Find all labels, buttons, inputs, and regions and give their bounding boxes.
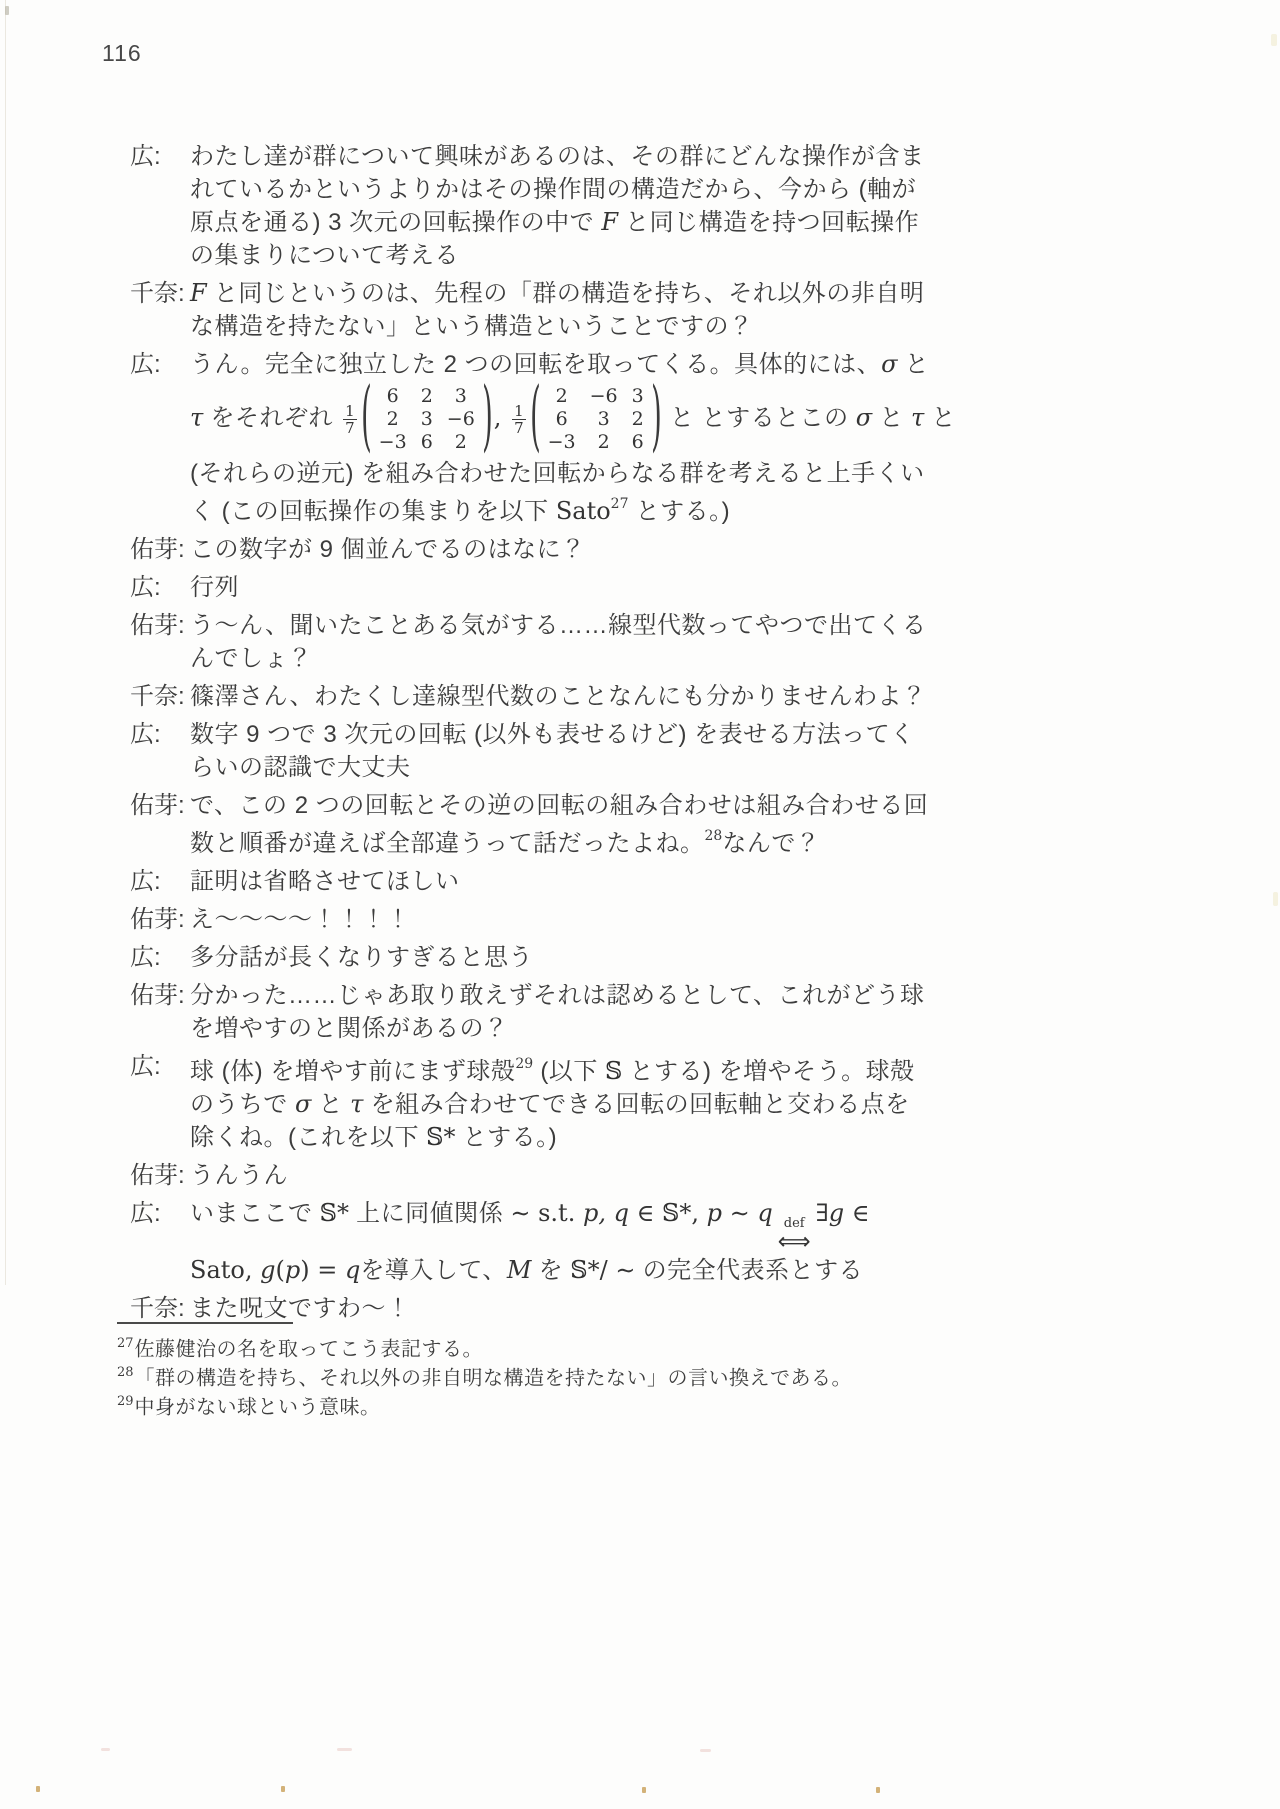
text-run: と同じというのは、先程の「群の構造を持ち、それ以外の非自明 xyxy=(207,280,925,307)
text-run: の集まりについて考える xyxy=(190,242,459,269)
matrix-grid: 62323−6−362 xyxy=(372,385,482,454)
dialogue-line: れているかというよりかはその操作間の構造だから、今から (軸が xyxy=(190,173,1060,206)
footnote-number: 28 xyxy=(117,1365,134,1380)
blackboard-sphere-symbol: 𝕊 xyxy=(426,1123,443,1151)
blackboard-sphere-symbol: 𝕊 xyxy=(662,1199,679,1227)
dialogue-block: 佑芽:で、この 2 つの回転とその逆の回転の組み合わせは組み合わせる回数と順番が… xyxy=(130,789,1060,860)
matrix-cell: −3 xyxy=(548,431,576,454)
text-run: を組み合わせてできる回転の回転軸と交わる点を xyxy=(363,1091,909,1118)
dialogue-lines: 多分話が長くなりすぎると思う xyxy=(190,941,1060,974)
math-roman: */ ∼ xyxy=(588,1256,636,1284)
matrix-cell: 3 xyxy=(447,385,475,408)
dialogue-block: 広:証明は省略させてほしい xyxy=(130,865,1060,898)
text-run: を増やすのと関係があるの？ xyxy=(190,1015,509,1042)
speaker-label: 佑芽: xyxy=(130,903,190,936)
dialogue-line: 数と順番が違えば全部違うって話だったよね。28なんで？ xyxy=(190,822,1060,860)
dialogue-lines: う～ん、聞いたことある気がする……線型代数ってやつで出てくるんでしょ？ xyxy=(190,609,1060,675)
dialogue-line: 篠澤さん、わたくし達線型代数のことなんにも分かりませんわよ？ xyxy=(190,680,1060,713)
dialogue-line: τ をそれぞれ 17(62323−6−362), 17(2−63632−326)… xyxy=(190,381,1060,457)
footnote-text: 「群の構造を持ち、それ以外の非自明な構造を持たない」の言い換えである。 xyxy=(135,1368,853,1390)
matrix-cell: 2 xyxy=(548,385,576,408)
speaker-label: 佑芽: xyxy=(130,533,190,566)
speaker-label: 千奈: xyxy=(130,277,190,343)
text-run: な構造を持たない」という構造ということですの？ xyxy=(190,313,754,340)
matrix-cell: −6 xyxy=(447,408,475,431)
matrix-cell: 2 xyxy=(590,431,618,454)
blackboard-sphere-symbol: 𝕊 xyxy=(320,1199,337,1227)
matrix-cell: −3 xyxy=(379,431,407,454)
matrix-cell: 2 xyxy=(447,431,475,454)
text-run: の完全代表系とする xyxy=(635,1257,863,1284)
footnote-number: 29 xyxy=(117,1394,134,1409)
fraction-numerator: 1 xyxy=(345,403,355,419)
math-variable: F xyxy=(190,279,207,307)
math-roman: ∼ s.t. xyxy=(510,1199,583,1227)
speaker-label: 広: xyxy=(130,348,190,528)
text-run: 行列 xyxy=(190,574,239,601)
text-run: 多分話が長くなりすぎると思う xyxy=(190,944,533,971)
text-run: んでしょ？ xyxy=(190,645,313,672)
dialogue-line: うん。完全に独立した 2 つの回転を取ってくる。具体的には、σ と xyxy=(190,348,1060,381)
text-run: なんで？ xyxy=(722,830,820,857)
dialogue-block: 千奈:篠澤さん、わたくし達線型代数のことなんにも分かりませんわよ？ xyxy=(130,680,1060,713)
text-run: 分かった……じゃあ取り敢えずそれは認めるとして、これがどう球 xyxy=(190,982,925,1009)
text-run: (それらの逆元) を組み合わせた回転からなる群を考えると上手くい xyxy=(190,460,925,487)
matrix-left-paren: ( xyxy=(529,370,541,467)
rotation-matrix: (2−63632−326) xyxy=(530,381,662,457)
matrix-cell: 6 xyxy=(632,431,644,454)
speaker-label: 広: xyxy=(130,941,190,974)
dialogue-block: 広:わたし達が群について興味があるのは、その群にどんな操作が含まれているかという… xyxy=(130,140,1060,272)
dialogue-line: わたし達が群について興味があるのは、その群にどんな操作が含ま xyxy=(190,140,1060,173)
fraction: 17 xyxy=(512,403,526,436)
dialogue-line: 原点を通る) 3 次元の回転操作の中で F と同じ構造を持つ回転操作 xyxy=(190,206,1060,239)
dialogue-block: 佑芽:え～～～～！！！！ xyxy=(130,903,1060,936)
dialogue-block: 佑芽:うんうん xyxy=(130,1159,1060,1192)
dialogue-lines: 球 (体) を増やす前にまず球殻29 (以下 𝕊 とする) を増やそう。球殻のう… xyxy=(190,1050,1060,1154)
double-arrow: ⟺ xyxy=(778,1231,811,1254)
math-variable: p, q xyxy=(583,1199,629,1227)
math-variable: q xyxy=(757,1199,772,1227)
fraction: 17 xyxy=(343,403,357,436)
math-variable: F xyxy=(601,208,618,236)
text-run: 除くね。(これを以下 xyxy=(190,1124,426,1151)
dialogue-block: 広:うん。完全に独立した 2 つの回転を取ってくる。具体的には、σ とτ をそれ… xyxy=(130,348,1060,528)
dialogue-lines: わたし達が群について興味があるのは、その群にどんな操作が含まれているかというより… xyxy=(190,140,1060,272)
dialogue-block: 佑芽:分かった……じゃあ取り敢えずそれは認めるとして、これがどう球を増やすのと関… xyxy=(130,979,1060,1045)
dialogue-lines: うん。完全に独立した 2 つの回転を取ってくる。具体的には、σ とτ をそれぞれ… xyxy=(190,348,1060,528)
speaker-label: 広: xyxy=(130,1197,190,1287)
dialogue-line: の集まりについて考える xyxy=(190,239,1060,272)
math-variable: g xyxy=(260,1256,275,1284)
footnote-reference: 29 xyxy=(515,1056,533,1072)
dialogue-lines: 証明は省略させてほしい xyxy=(190,865,1060,898)
text-run: をそれぞれ xyxy=(203,404,340,431)
footnote: 27佐藤健治の名を取ってこう表記する。 xyxy=(117,1333,937,1362)
footnote-rule xyxy=(117,1322,293,1324)
text-run: と xyxy=(924,404,956,431)
text-run: わたし達が群について興味があるのは、その群にどんな操作が含ま xyxy=(190,143,925,170)
scan-smudge xyxy=(1271,34,1277,46)
speaker-label: 広: xyxy=(130,1050,190,1154)
math-variable: σ xyxy=(856,403,872,431)
text-run: とする) を増やそう。球殻 xyxy=(622,1058,914,1085)
matrix-cell: 3 xyxy=(632,385,644,408)
footnote-text: 佐藤健治の名を取ってこう表記する。 xyxy=(135,1339,484,1361)
text-run: 上に同値関係 xyxy=(349,1200,510,1227)
dialogue-lines: 分かった……じゃあ取り敢えずそれは認めるとして、これがどう球を増やすのと関係があ… xyxy=(190,979,1060,1045)
math-variable: g xyxy=(829,1199,844,1227)
dialogue-line: また呪文ですわ～！ xyxy=(190,1292,1060,1325)
dialogue-lines: で、この 2 つの回転とその逆の回転の組み合わせは組み合わせる回数と順番が違えば… xyxy=(190,789,1060,860)
speaker-label: 佑芽: xyxy=(130,609,190,675)
math-variable: σ xyxy=(295,1090,311,1118)
speaker-label: 広: xyxy=(130,140,190,272)
text-run: うんうん xyxy=(190,1162,288,1189)
dialogue-line: な構造を持たない」という構造ということですの？ xyxy=(190,310,1060,343)
text-run: を xyxy=(531,1257,570,1284)
matrix-cell: 3 xyxy=(421,408,433,431)
dialogue-lines: 篠澤さん、わたくし達線型代数のことなんにも分かりませんわよ？ xyxy=(190,680,1060,713)
math-roman: *, xyxy=(679,1199,706,1227)
text-run: と同じ構造を持つ回転操作 xyxy=(618,209,919,236)
scan-edge-line xyxy=(5,0,6,1285)
dialogue-block: 千奈:また呪文ですわ～！ xyxy=(130,1292,1060,1325)
text-run: また呪文ですわ～！ xyxy=(190,1295,411,1322)
matrix-right-paren: ) xyxy=(482,370,494,467)
scanned-book-page: 116 広:わたし達が群について興味があるのは、その群にどんな操作が含まれている… xyxy=(0,0,1280,1809)
footnote-reference: 28 xyxy=(705,828,723,844)
footnote-reference: 27 xyxy=(611,496,629,512)
matrix-cell: 3 xyxy=(590,408,618,431)
math-roman: ∈ xyxy=(844,1199,869,1227)
speaker-label: 佑芽: xyxy=(130,1159,190,1192)
dialogue-block: 佑芽:この数字が 9 個並んでるのはなに？ xyxy=(130,533,1060,566)
dialogue-block: 広:数字 9 つで 3 次元の回転 (以外も表せるけど) を表せる方法ってくらい… xyxy=(130,718,1060,784)
text-run: らいの認識で大丈夫 xyxy=(190,754,411,781)
math-variable: τ xyxy=(911,403,924,431)
dialogue-lines: また呪文ですわ～！ xyxy=(190,1292,1060,1325)
dialogue-line: のうちで σ と τ を組み合わせてできる回転の回転軸と交わる点を xyxy=(190,1088,1060,1121)
math-variable: σ xyxy=(881,350,897,378)
text-run: え～～～～！！！！ xyxy=(190,906,411,933)
dialogue-block: 広:球 (体) を増やす前にまず球殻29 (以下 𝕊 とする) を増やそう。球殻… xyxy=(130,1050,1060,1154)
text-run: と とするとこの xyxy=(663,404,856,431)
footnote: 28「群の構造を持ち、それ以外の非自明な構造を持たない」の言い換えである。 xyxy=(117,1362,937,1391)
matrix-cell: −6 xyxy=(590,385,618,408)
math-variable: τ xyxy=(350,1090,363,1118)
matrix-cell: 6 xyxy=(548,408,576,431)
scan-smudge xyxy=(1273,892,1278,906)
scan-smudge xyxy=(101,1748,110,1751)
dialogue-block: 広:いまここで 𝕊* 上に同値関係 ∼ s.t. p, q ∈ 𝕊*, p ∼ … xyxy=(130,1197,1060,1287)
scan-speck xyxy=(281,1786,285,1792)
dialogue-line: く (この回転操作の集まりを以下 Sato27 とする。) xyxy=(190,490,1060,528)
scan-speck xyxy=(5,6,9,15)
blackboard-sphere-symbol: 𝕊 xyxy=(570,1256,587,1284)
text-run: と xyxy=(872,404,911,431)
matrix-left-paren: ( xyxy=(360,370,372,467)
text-run: と xyxy=(311,1091,350,1118)
speaker-label: 千奈: xyxy=(130,1292,190,1325)
text-run: (以下 xyxy=(533,1058,605,1085)
dialogue-lines: この数字が 9 個並んでるのはなに？ xyxy=(190,533,1060,566)
text-run: く (この回転操作の集まりを以下 xyxy=(190,498,556,525)
dialogue-line: を増やすのと関係があるの？ xyxy=(190,1012,1060,1045)
dialogue-line: 証明は省略させてほしい xyxy=(190,865,1060,898)
matrix-cell: 2 xyxy=(379,408,407,431)
dialogue-line: 多分話が長くなりすぎると思う xyxy=(190,941,1060,974)
dialogue-lines: 行列 xyxy=(190,571,1060,604)
math-variable: τ xyxy=(190,403,203,431)
scan-speck xyxy=(642,1787,646,1793)
dialogue-line: んでしょ？ xyxy=(190,642,1060,675)
speaker-label: 広: xyxy=(130,571,190,604)
text-run: 篠澤さん、わたくし達線型代数のことなんにも分かりませんわよ？ xyxy=(190,683,926,710)
text-run: この数字が 9 個並んでるのはなに？ xyxy=(190,536,586,563)
dialogue-line: らいの認識で大丈夫 xyxy=(190,751,1060,784)
text-run: で、この 2 つの回転とその逆の回転の組み合わせは組み合わせる回 xyxy=(190,792,928,819)
footnote-text: 中身がない球という意味。 xyxy=(135,1397,381,1419)
matrix-cell: 6 xyxy=(421,431,433,454)
fraction-denominator: 7 xyxy=(343,419,357,436)
dialogue-lines: F と同じというのは、先程の「群の構造を持ち、それ以外の非自明な構造を持たない」… xyxy=(190,277,1060,343)
scan-smudge xyxy=(700,1749,711,1752)
dialogue-line: 行列 xyxy=(190,571,1060,604)
matrix-grid: 2−63632−326 xyxy=(541,385,651,454)
math-roman: ∈ xyxy=(629,1199,662,1227)
footnote-list: 27佐藤健治の名を取ってこう表記する。28「群の構造を持ち、それ以外の非自明な構… xyxy=(117,1333,937,1420)
math-variable: M xyxy=(507,1256,532,1284)
footnote-number: 27 xyxy=(117,1336,134,1351)
math-roman: Sato xyxy=(556,497,611,525)
scan-speck xyxy=(36,1786,40,1792)
dialogue-line: いまここで 𝕊* 上に同値関係 ∼ s.t. p, q ∈ 𝕊*, p ∼ qd… xyxy=(190,1197,1060,1254)
speaker-label: 広: xyxy=(130,865,190,898)
text-run: と xyxy=(898,351,930,378)
text-run: のうちで xyxy=(190,1091,295,1118)
dialogue-block: 広:多分話が長くなりすぎると思う xyxy=(130,941,1060,974)
text-run: いまここで xyxy=(190,1200,320,1227)
scan-smudge xyxy=(337,1748,352,1751)
fraction-denominator: 7 xyxy=(512,419,526,436)
dialogue-line: 除くね。(これを以下 𝕊* とする。) xyxy=(190,1121,1060,1154)
matrix-cell: 2 xyxy=(421,385,433,408)
dialogue-line: Sato, g(p) = qを導入して、M を 𝕊*/ ∼ の完全代表系とする xyxy=(190,1254,1060,1287)
math-roman: ( xyxy=(275,1256,284,1284)
speaker-label: 佑芽: xyxy=(130,979,190,1045)
math-roman: Sato, xyxy=(190,1256,260,1284)
math-roman: ∃ xyxy=(816,1199,829,1227)
dialogue-line: (それらの逆元) を組み合わせた回転からなる群を考えると上手くい xyxy=(190,457,1060,490)
text-run: 数字 9 つで 3 次元の回転 (以外も表せるけど) を表せる方法ってく xyxy=(190,721,915,748)
dialogue-block: 佑芽:う～ん、聞いたことある気がする……線型代数ってやつで出てくるんでしょ？ xyxy=(130,609,1060,675)
dialogue-lines: うんうん xyxy=(190,1159,1060,1192)
dialogue-lines: いまここで 𝕊* 上に同値関係 ∼ s.t. p, q ∈ 𝕊*, p ∼ qd… xyxy=(190,1197,1060,1287)
dialogue-line: この数字が 9 個並んでるのはなに？ xyxy=(190,533,1060,566)
dialogue-line: 数字 9 つで 3 次元の回転 (以外も表せるけど) を表せる方法ってく xyxy=(190,718,1060,751)
dialogue-line: 分かった……じゃあ取り敢えずそれは認めるとして、これがどう球 xyxy=(190,979,1060,1012)
speaker-label: 千奈: xyxy=(130,680,190,713)
dialogue-lines: 数字 9 つで 3 次元の回転 (以外も表せるけど) を表せる方法ってくらいの認… xyxy=(190,718,1060,784)
math-roman: , xyxy=(494,403,509,431)
dialogue-line: F と同じというのは、先程の「群の構造を持ち、それ以外の非自明 xyxy=(190,277,1060,310)
text-run: とする。) xyxy=(456,1124,558,1151)
dialogue-area: 広:わたし達が群について興味があるのは、その群にどんな操作が含まれているかという… xyxy=(130,140,1060,1330)
math-roman: * xyxy=(337,1199,349,1227)
page-number: 116 xyxy=(102,40,142,67)
dialogue-line: え～～～～！！！！ xyxy=(190,903,1060,936)
dialogue-line: う～ん、聞いたことある気がする……線型代数ってやつで出てくる xyxy=(190,609,1060,642)
math-variable: p xyxy=(285,1256,300,1284)
text-run: れているかというよりかはその操作間の構造だから、今から (軸が xyxy=(190,176,916,203)
speaker-label: 佑芽: xyxy=(130,789,190,860)
speaker-label: 広: xyxy=(130,718,190,784)
text-run: う～ん、聞いたことある気がする……線型代数ってやつで出てくる xyxy=(190,612,926,639)
math-roman: * xyxy=(444,1123,456,1151)
footnote-area: 27佐藤健治の名を取ってこう表記する。28「群の構造を持ち、それ以外の非自明な構… xyxy=(117,1322,937,1420)
dialogue-block: 広:行列 xyxy=(130,571,1060,604)
dialogue-line: うんうん xyxy=(190,1159,1060,1192)
math-roman: ∼ xyxy=(722,1199,757,1227)
fraction-numerator: 1 xyxy=(514,403,524,419)
matrix-cell: 2 xyxy=(632,408,644,431)
dialogue-lines: え～～～～！！！！ xyxy=(190,903,1060,936)
math-variable: p xyxy=(707,1199,722,1227)
scan-speck xyxy=(876,1787,880,1793)
blackboard-sphere-symbol: 𝕊 xyxy=(605,1057,622,1085)
matrix-right-paren: ) xyxy=(650,370,662,467)
matrix-cell: 6 xyxy=(379,385,407,408)
text-run: 証明は省略させてほしい xyxy=(190,868,460,895)
footnote: 29中身がない球という意味。 xyxy=(117,1391,937,1420)
text-run: を導入して、 xyxy=(360,1257,507,1284)
math-roman: ) = xyxy=(300,1256,345,1284)
text-run: 球 (体) を増やす前にまず球殻 xyxy=(190,1058,515,1085)
dialogue-block: 千奈:F と同じというのは、先程の「群の構造を持ち、それ以外の非自明な構造を持た… xyxy=(130,277,1060,343)
dialogue-line: で、この 2 つの回転とその逆の回転の組み合わせは組み合わせる回 xyxy=(190,789,1060,822)
text-run: 数と順番が違えば全部違うって話だったよね。 xyxy=(190,830,705,857)
rotation-matrix: (62323−6−362) xyxy=(361,381,493,457)
def-iff-arrow: def⟺ xyxy=(778,1217,811,1254)
text-run: とする。) xyxy=(629,498,731,525)
dialogue-line: 球 (体) を増やす前にまず球殻29 (以下 𝕊 とする) を増やそう。球殻 xyxy=(190,1050,1060,1088)
math-variable: q xyxy=(345,1256,360,1284)
text-run: 原点を通る) 3 次元の回転操作の中で xyxy=(190,209,601,236)
